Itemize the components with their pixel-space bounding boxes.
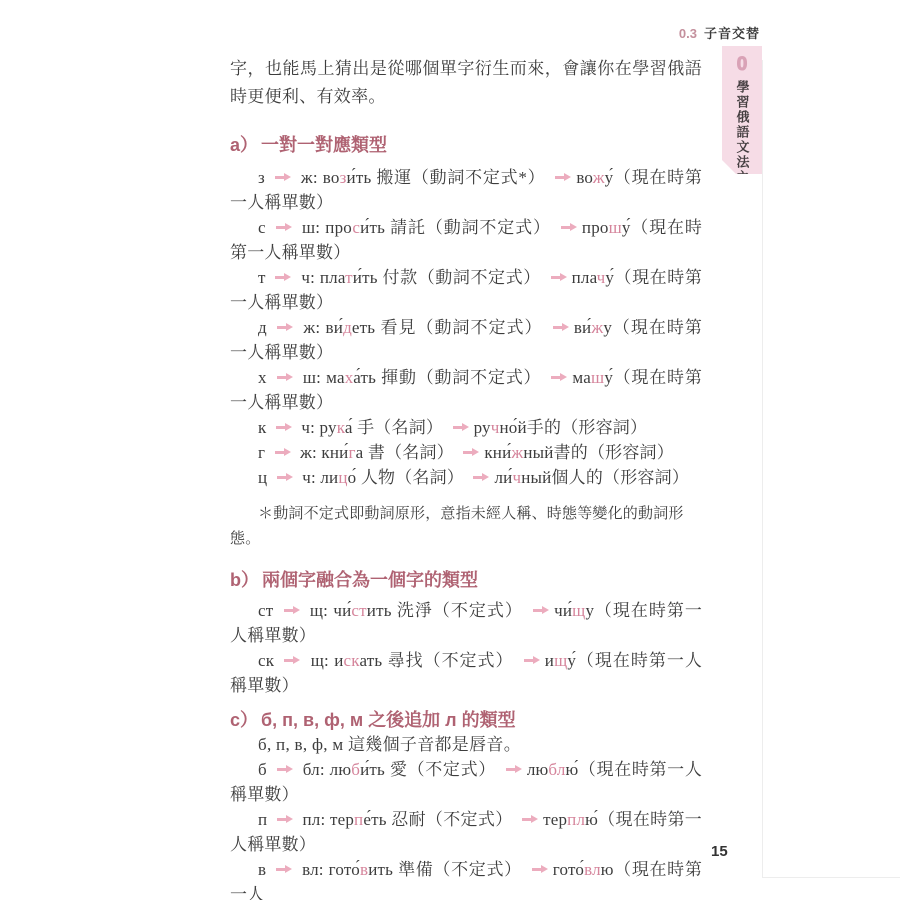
russian-word-source: проси́ть [325, 218, 385, 237]
russian-word-source: маха́ть [326, 368, 376, 387]
pattern-from: с [258, 218, 266, 237]
word-suffix: ать [359, 651, 382, 670]
word-prefix: ма [326, 368, 345, 387]
arrow-right-icon [555, 173, 571, 182]
pattern-from: т [258, 268, 266, 287]
word-suffix: ить [367, 601, 392, 620]
gloss-source: 洗淨（不定式） [397, 601, 523, 620]
arrow-right-icon [561, 223, 577, 232]
russian-word-source: лицо́ [320, 468, 356, 487]
russian-word-derived: люблю́ [527, 760, 579, 779]
word-prefix: лю [527, 760, 549, 779]
pattern-to: ж: [303, 318, 320, 337]
pattern-to: вл: [302, 860, 324, 879]
gloss-source: 書（名詞） [368, 443, 454, 462]
gloss-source: 手（名詞） [357, 418, 443, 437]
pattern-from: з [258, 168, 265, 187]
russian-word-source: чи́стить [333, 601, 391, 620]
word-highlight: ч [491, 418, 500, 437]
pattern-to: ш: [303, 368, 321, 387]
word-suffix: ю́ [566, 760, 579, 779]
chapter-label: 學習俄語文法之前 [733, 80, 752, 200]
word-highlight: пл [567, 810, 585, 829]
pattern-from: к [258, 418, 266, 437]
pattern-from: б [258, 760, 267, 779]
intro-paragraph: 字，也能馬上猜出是從哪個單字衍生而來，會讓你在學習俄語時更便利、有效率。 [230, 55, 702, 111]
word-prefix: во [323, 168, 340, 187]
word-prefix: лю [330, 760, 352, 779]
word-suffix: еть [352, 318, 375, 337]
alternation-item: ст щ: чи́стить 洗淨（不定式） чи́щу（現在時第一人稱單數） [230, 598, 702, 648]
alternation-item: к ч: рука́ 手（名詞） ручно́й手的（形容詞） [230, 415, 702, 440]
section: c）б, п, в, ф, м 之後追加 л 的類型 б, п, в, ф, м… [230, 708, 702, 900]
word-suffix: но́й [500, 418, 527, 437]
section-items: з ж: вози́ть 搬運（動詞不定式*） вожу́（現在時第一人稱單數）… [230, 165, 702, 490]
pattern-from: д [258, 318, 267, 337]
word-suffix: а [356, 443, 364, 462]
word-highlight: б [351, 760, 360, 779]
russian-word-derived: гото́влю [553, 860, 614, 879]
word-prefix: тер [543, 810, 567, 829]
page-number: 15 [711, 843, 728, 860]
arrow-right-icon [276, 423, 292, 432]
word-highlight: п [354, 810, 363, 829]
russian-word-derived: ли́чный [494, 468, 551, 487]
word-suffix: у [585, 601, 594, 620]
pattern-from: ст [258, 601, 273, 620]
russian-word-source: плати́ть [320, 268, 378, 287]
page-edge-vertical [762, 60, 763, 878]
chapter-side-tab: 0 學習俄語文法之前 [722, 46, 762, 174]
word-highlight: ж [593, 168, 605, 187]
russian-word-source: терпе́ть [330, 810, 387, 829]
gloss-derived: 手的（形容詞） [527, 418, 647, 437]
arrow-right-icon [551, 273, 567, 282]
word-prefix: ви́ [326, 318, 344, 337]
sections: a）一對一對應類型 з ж: вози́ть 搬運（動詞不定式*） вожу́（… [230, 133, 702, 900]
word-prefix: чи́ [333, 601, 351, 620]
gloss-derived: 個人的（形容詞） [551, 468, 689, 487]
arrow-right-icon [276, 865, 292, 874]
pattern-from: ск [258, 651, 274, 670]
section: b）兩個字融合為一個字的類型 ст щ: чи́стить 洗淨（不定式） чи… [230, 568, 702, 698]
running-header-section-title: 子音交替 [704, 26, 760, 41]
pattern-to: пл: [302, 810, 325, 829]
word-highlight: в [360, 860, 368, 879]
arrow-right-icon [522, 815, 538, 824]
word-prefix: и [545, 651, 554, 670]
section-heading: c）б, п, в, ф, м 之後追加 л 的類型 [230, 708, 702, 732]
section: a）一對一對應類型 з ж: вози́ть 搬運（動詞不定式*） вожу́（… [230, 133, 702, 552]
word-suffix: ю [601, 860, 614, 879]
word-suffix: у́ [567, 651, 576, 670]
word-highlight: ш [609, 218, 622, 237]
word-prefix: ли [320, 468, 338, 487]
word-highlight: ц [338, 468, 347, 487]
word-highlight: т [345, 268, 353, 287]
alternation-item: ц ч: лицо́ 人物（名詞） ли́чный個人的（形容詞） [230, 465, 702, 490]
word-suffix: и́ть [360, 760, 385, 779]
word-highlight: ч [512, 468, 521, 487]
arrow-right-icon [463, 448, 479, 457]
running-header: 0.3子音交替 [679, 23, 760, 42]
word-highlight: с [352, 218, 360, 237]
word-prefix: тер [330, 810, 354, 829]
russian-word-source: вози́ть [323, 168, 372, 187]
arrow-right-icon [277, 373, 293, 382]
alternation-item: в вл: гото́вить 準備（不定式） гото́влю（現在時第一人 [230, 857, 702, 900]
section-label: c） [230, 710, 258, 730]
word-prefix: кни́ [484, 443, 511, 462]
word-highlight: вл [584, 860, 601, 879]
arrow-right-icon [276, 223, 292, 232]
word-highlight: щ [554, 651, 567, 670]
gloss-source: 尋找（不定式） [388, 651, 514, 670]
gloss-source: 付款（動詞不定式） [383, 268, 541, 287]
section-label: a） [230, 135, 258, 155]
word-prefix: во [576, 168, 592, 187]
russian-word-source: ви́деть [326, 318, 376, 337]
pattern-from: в [258, 860, 266, 879]
pattern-to: щ: [310, 601, 328, 620]
arrow-right-icon [553, 323, 569, 332]
word-suffix: у́ [622, 218, 631, 237]
alternation-item: б бл: люби́ть 愛（不定式） люблю́（現在時第一人稱單數） [230, 757, 702, 807]
gloss-source: 人物（名詞） [361, 468, 464, 487]
word-highlight: ст [351, 601, 366, 620]
gloss-source: 揮動（動詞不定式） [381, 368, 541, 387]
main-text-column: 字，也能馬上猜出是從哪個單字衍生而來，會讓你在學習俄語時更便利、有效率。 a）一… [230, 55, 702, 900]
alternation-item: т ч: плати́ть 付款（動詞不定式） плачу́（現在時第一人稱單數… [230, 265, 702, 315]
section-heading: a）一對一對應類型 [230, 133, 702, 157]
pattern-to: ж: [300, 443, 317, 462]
arrow-right-icon [275, 173, 291, 182]
running-header-section-number: 0.3 [679, 26, 697, 41]
pattern-to: ж: [301, 168, 318, 187]
russian-word-derived: терплю́ [543, 810, 598, 829]
gloss-source: 看見（動詞不定式） [381, 318, 543, 337]
section-title: 一對一對應類型 [261, 135, 387, 155]
gloss-source: 愛（不定式） [390, 760, 496, 779]
russian-word-source: люби́ть [330, 760, 385, 779]
russian-word-derived: ви́жу [574, 318, 612, 337]
word-highlight: з [340, 168, 347, 187]
section-intro: б, п, в, ф, м 這幾個子音都是唇音。 [230, 732, 702, 757]
word-prefix: кни́ [321, 443, 348, 462]
word-prefix: пла [572, 268, 597, 287]
russian-word-derived: чи́щу [554, 601, 594, 620]
arrow-right-icon [284, 606, 300, 615]
gloss-source: 忍耐（不定式） [391, 810, 512, 829]
word-prefix: ру [320, 418, 337, 437]
word-highlight: к [337, 418, 345, 437]
pattern-to: ш: [302, 218, 320, 237]
word-suffix: ный [521, 468, 551, 487]
russian-word-source: гото́вить [329, 860, 393, 879]
alternation-item: з ж: вози́ть 搬運（動詞不定式*） вожу́（現在時第一人稱單數） [230, 165, 702, 215]
alternation-item: с ш: проси́ть 請託（動詞不定式） прошу́（現在時第一人稱單數… [230, 215, 702, 265]
word-suffix: о́ [348, 468, 357, 487]
word-suffix: ю́ [585, 810, 598, 829]
word-prefix: гото́ [329, 860, 360, 879]
arrow-right-icon [473, 473, 489, 482]
word-suffix: и́ть [353, 268, 378, 287]
arrow-right-icon [275, 273, 291, 282]
russian-word-derived: ручно́й [474, 418, 527, 437]
word-suffix: у [603, 318, 612, 337]
arrow-right-icon [277, 473, 293, 482]
section-items: б бл: люби́ть 愛（不定式） люблю́（現在時第一人稱單數） п… [230, 757, 702, 900]
russian-word-source: искать [334, 651, 382, 670]
russian-word-derived: прошу́ [582, 218, 631, 237]
word-highlight: х [345, 368, 353, 387]
pattern-from: п [258, 810, 267, 829]
pattern-from: х [258, 368, 267, 387]
gloss-source: 搬運（動詞不定式*） [376, 168, 545, 187]
word-prefix: ма [572, 368, 591, 387]
pattern-to: ч: [302, 468, 316, 487]
word-highlight: ш [591, 368, 604, 387]
word-suffix: ить [368, 860, 393, 879]
russian-word-derived: машу́ [572, 368, 613, 387]
word-highlight: бл [548, 760, 565, 779]
word-suffix: у́ [605, 268, 614, 287]
page-edge-horizontal [762, 877, 900, 878]
word-prefix: пла [320, 268, 345, 287]
arrow-right-icon [551, 373, 567, 382]
word-suffix: ный [523, 443, 553, 462]
russian-word-derived: кни́жный [484, 443, 553, 462]
alternation-item: х ш: маха́ть 揮動（動詞不定式） машу́（現在時第一人稱單數） [230, 365, 702, 415]
alternation-item: п пл: терпе́ть 忍耐（不定式） терплю́（現在時第一人稱單數… [230, 807, 702, 857]
pattern-from: г [258, 443, 265, 462]
pattern-from: ц [258, 468, 267, 487]
section-items: ст щ: чи́стить 洗淨（不定式） чи́щу（現在時第一人稱單數） … [230, 598, 702, 698]
word-highlight: ж [511, 443, 523, 462]
word-prefix: гото́ [553, 860, 584, 879]
alternation-item: г ж: кни́га 書（名詞） кни́жный書的（形容詞） [230, 440, 702, 465]
word-suffix: и́ть [347, 168, 372, 187]
pattern-to: бл: [303, 760, 325, 779]
word-prefix: чи́ [554, 601, 572, 620]
word-suffix: е́ть [363, 810, 386, 829]
word-prefix: про [582, 218, 609, 237]
arrow-right-icon [532, 865, 548, 874]
section-label: b） [230, 570, 259, 590]
word-suffix: у́ [604, 368, 613, 387]
word-highlight: щ [572, 601, 585, 620]
word-highlight: д [343, 318, 352, 337]
word-suffix: а́ [345, 418, 353, 437]
gloss-derived: 書的（形容詞） [554, 443, 674, 462]
book-page: 0.3子音交替 0 學習俄語文法之前 字，也能馬上猜出是從哪個單字衍生而來，會讓… [0, 0, 900, 900]
alternation-item: д ж: ви́деть 看見（動詞不定式） ви́жу（現在時第一人稱單數） [230, 315, 702, 365]
arrow-right-icon [506, 765, 522, 774]
word-prefix: ви́ [574, 318, 592, 337]
russian-word-derived: ищу́ [545, 651, 576, 670]
pattern-to: ч: [301, 418, 315, 437]
russian-word-derived: вожу́ [576, 168, 613, 187]
arrow-right-icon [284, 656, 300, 665]
section-title: б, п, в, ф, м 之後追加 л 的類型 [261, 710, 516, 730]
word-suffix: а́ть [353, 368, 376, 387]
arrow-right-icon [277, 323, 293, 332]
word-prefix: и [334, 651, 343, 670]
chapter-number: 0 [722, 54, 762, 76]
word-prefix: ли́ [494, 468, 512, 487]
arrow-right-icon [524, 656, 540, 665]
pattern-to: ч: [301, 268, 315, 287]
footnote: ＊動詞不定式即動詞原形，意指未經人稱、時態等變化的動詞形態。 [230, 502, 702, 552]
word-suffix: и́ть [360, 218, 385, 237]
russian-word-derived: плачу́ [572, 268, 615, 287]
russian-word-source: рука́ [320, 418, 353, 437]
gloss-source: 請託（動詞不定式） [390, 218, 551, 237]
gloss-source: 準備（不定式） [398, 860, 522, 879]
word-prefix: про [325, 218, 352, 237]
russian-word-source: кни́га [321, 443, 363, 462]
arrow-right-icon [277, 815, 293, 824]
arrow-right-icon [275, 448, 291, 457]
word-highlight: г [348, 443, 355, 462]
alternation-item: ск щ: искать 尋找（不定式） ищу́（現在時第一人稱單數） [230, 648, 702, 698]
word-highlight: ж [591, 318, 603, 337]
pattern-to: щ: [311, 651, 329, 670]
word-highlight: ск [344, 651, 360, 670]
arrow-right-icon [453, 423, 469, 432]
word-prefix: ру [474, 418, 491, 437]
section-heading: b）兩個字融合為一個字的類型 [230, 568, 702, 592]
section-title: 兩個字融合為一個字的類型 [262, 570, 478, 590]
arrow-right-icon [277, 765, 293, 774]
arrow-right-icon [533, 606, 549, 615]
